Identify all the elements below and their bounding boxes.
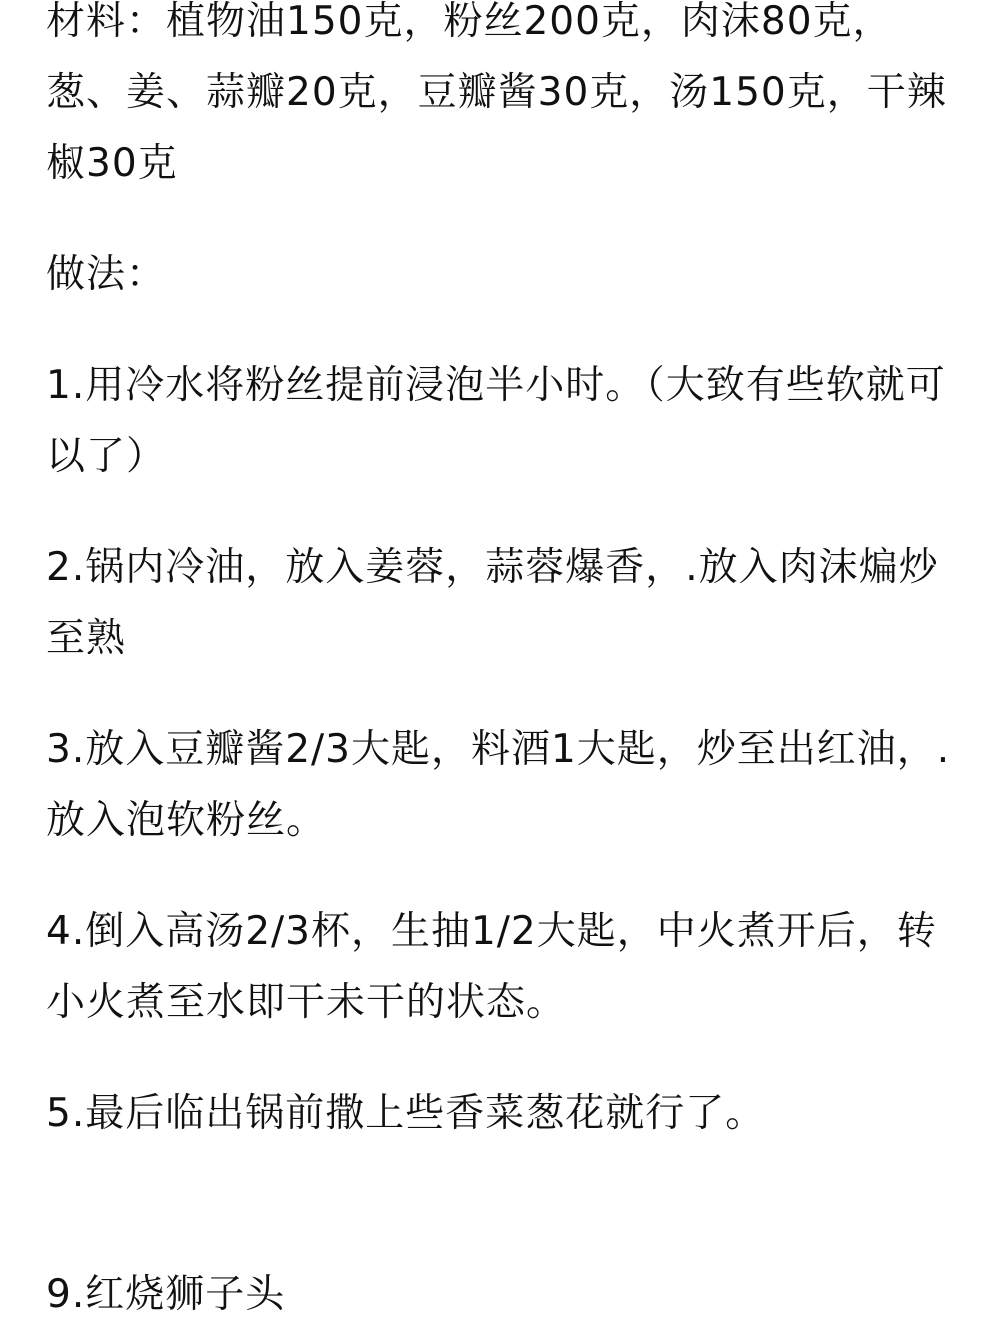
recipe-document: 材料：植物油150克，粉丝200克，肉沫80克，葱、姜、蒜瓣20克，豆瓣酱30克… (46, 0, 966, 1330)
step-2: 2.锅内冷油，放入姜蓉，蒜蓉爆香，.放入肉沫煸炒至熟 (46, 532, 966, 674)
method-heading: 做法： (46, 239, 966, 310)
section-title: 9.红烧狮子头 (46, 1259, 966, 1330)
ingredients-paragraph: 材料：植物油150克，粉丝200克，肉沫80克，葱、姜、蒜瓣20克，豆瓣酱30克… (46, 0, 966, 199)
step-3: 3.放入豆瓣酱2/3大匙，料酒1大匙，炒至出红油，.放入泡软粉丝。 (46, 714, 966, 856)
step-4: 4.倒入高汤2/3杯，生抽1/2大匙，中火煮开后，转小火煮至水即干未干的状态。 (46, 896, 966, 1038)
step-5: 5.最后临出锅前撒上些香菜葱花就行了。 (46, 1078, 966, 1149)
step-1: 1.用冷水将粉丝提前浸泡半小时。（大致有些软就可以了） (46, 350, 966, 492)
